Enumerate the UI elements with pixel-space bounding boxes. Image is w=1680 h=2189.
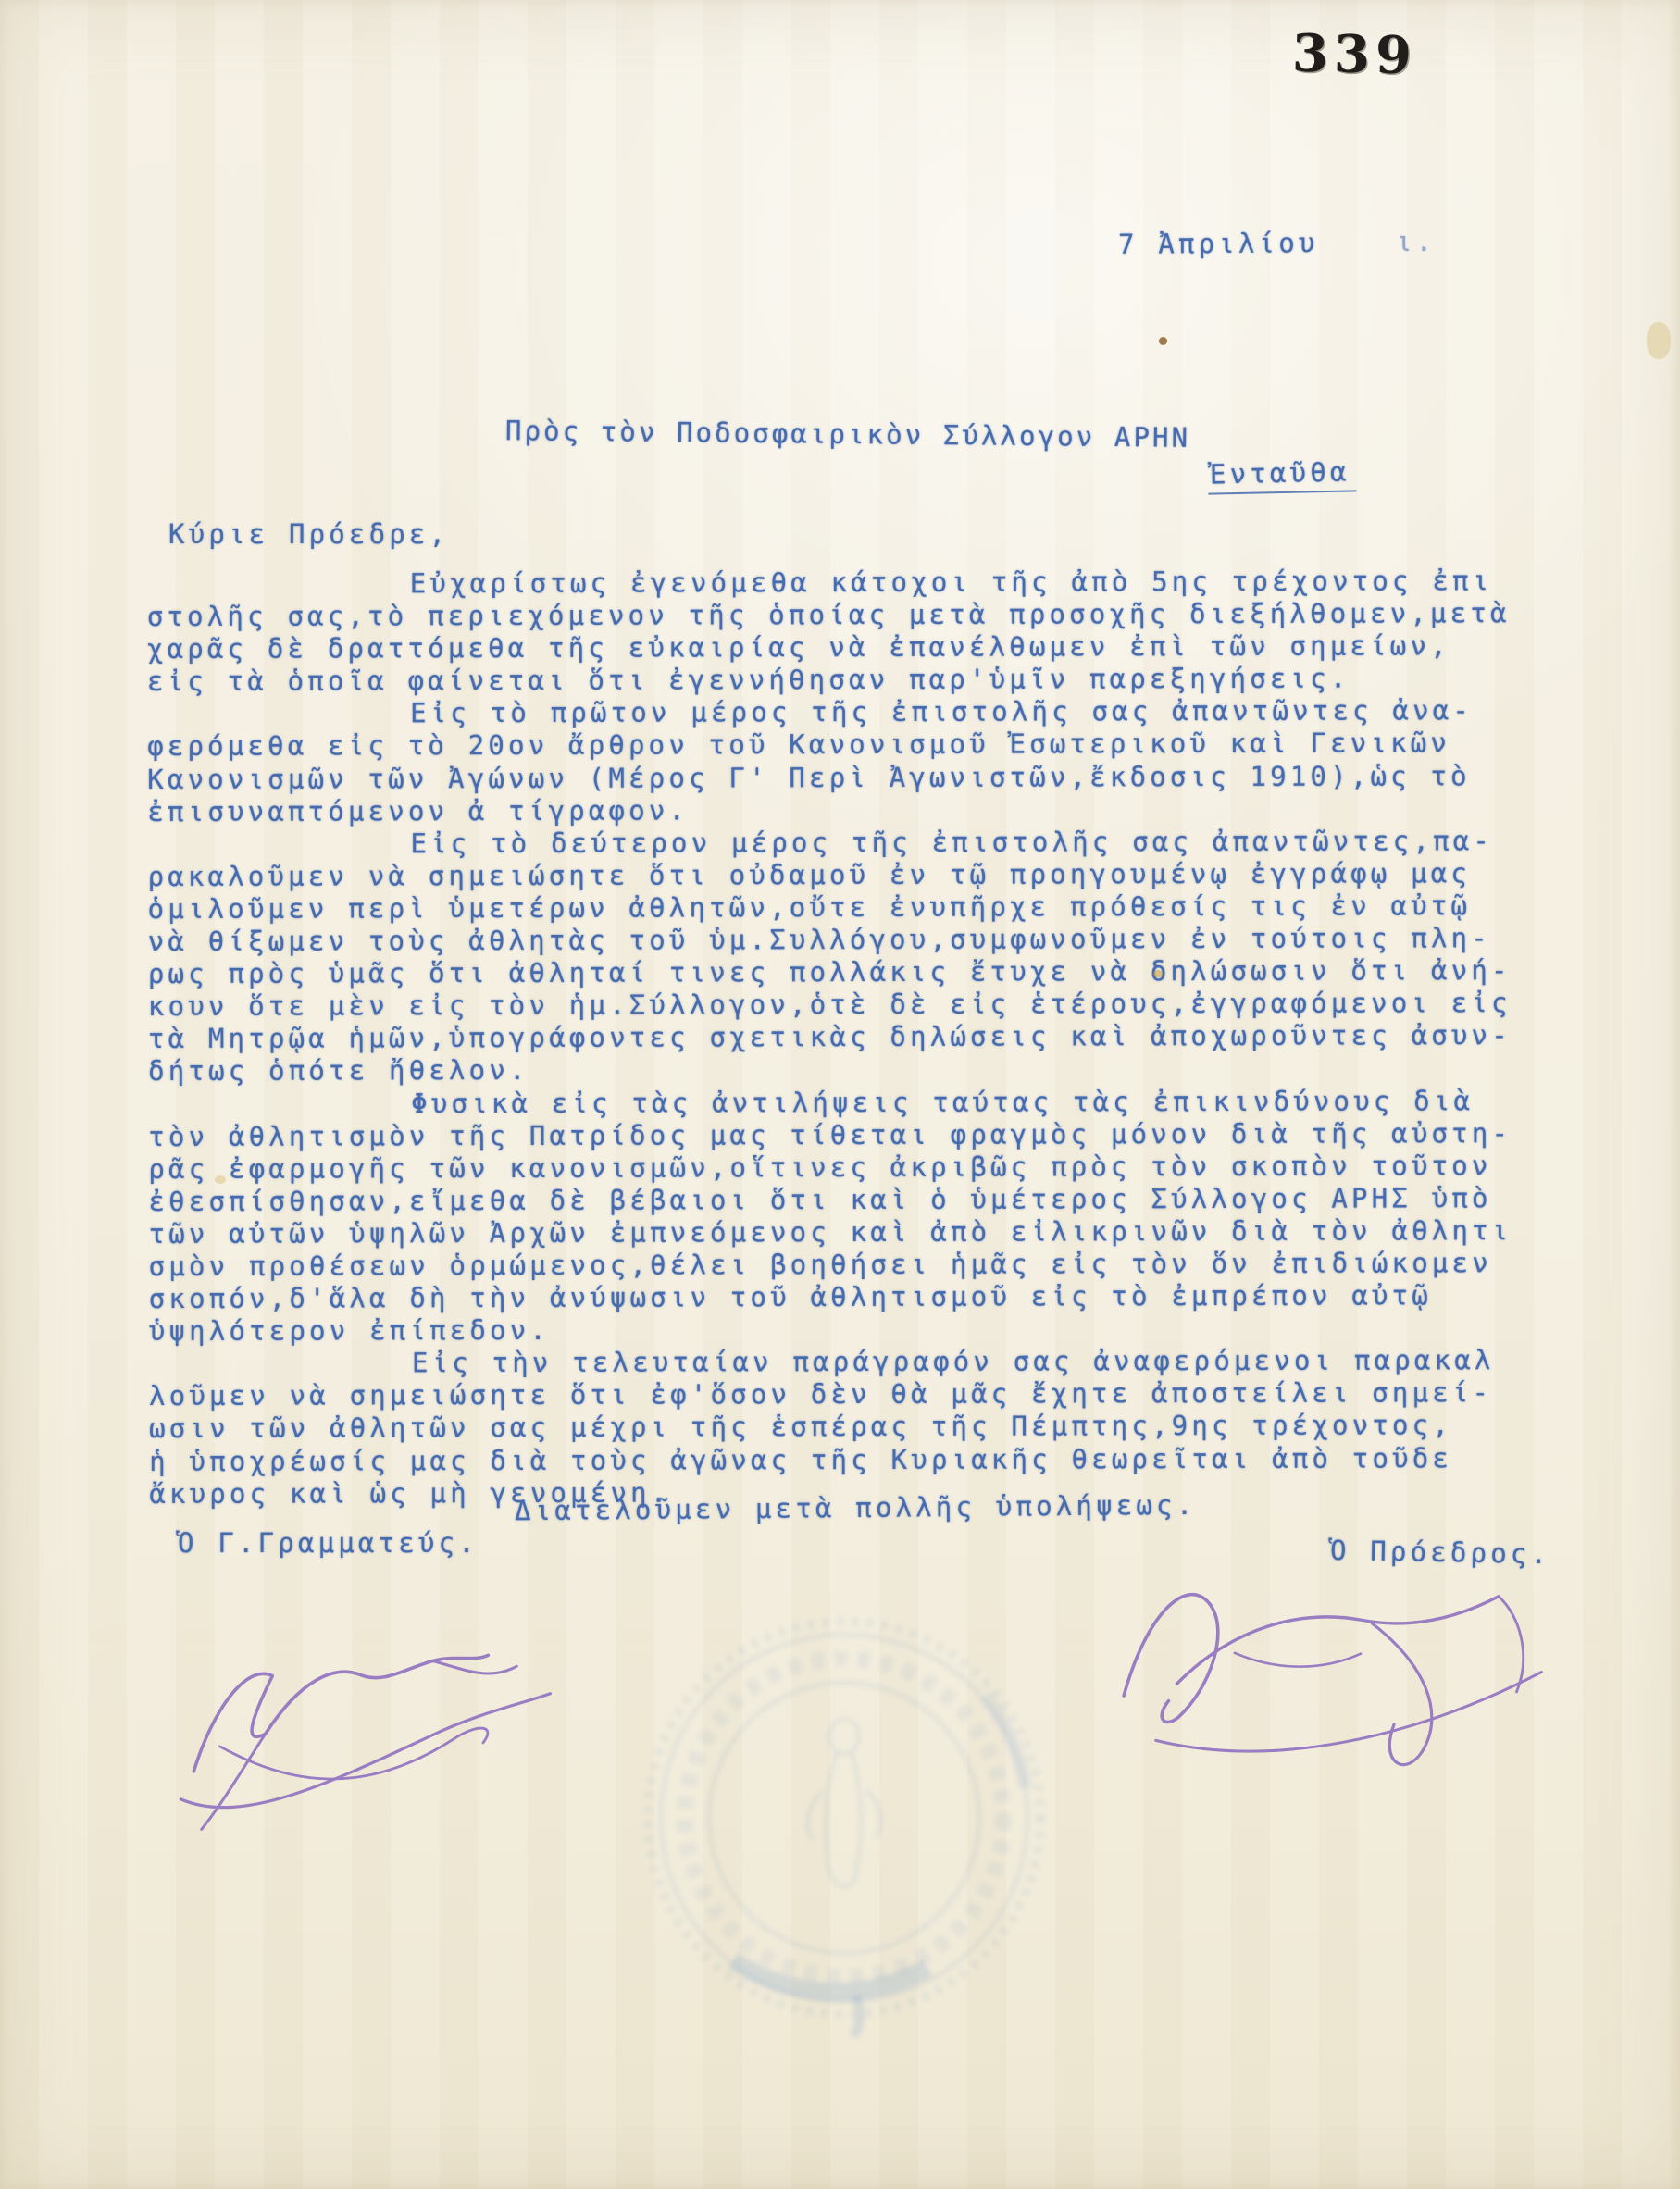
letter-body-line: χαρᾶς δὲ δραττόμεθα τῆς εὐκαιρίας νὰ ἐπα… bbox=[147, 629, 1582, 665]
paper-fleck bbox=[1159, 337, 1167, 345]
letter-body-line: ὁμιλοῦμεν περὶ ὑμετέρων ἀθλητῶν,οὔτε ἐνυ… bbox=[148, 889, 1583, 926]
letter-body-line: Εὐχαρίστως ἐγενόμεθα κάτοχοι τῆς ἀπὸ 5ης… bbox=[147, 565, 1582, 601]
secretary-title: Ὁ Γ.Γραμματεύς. bbox=[178, 1527, 479, 1559]
letter-body-line: ἐπισυναπτόμενον ἀ τίγραφον. bbox=[147, 792, 1582, 828]
letter-body-line: Εἰς τὴν τελευταίαν παράγραφόν σας ἀναφερ… bbox=[149, 1344, 1584, 1380]
president-signature bbox=[1090, 1524, 1585, 1818]
letter-body: Εὐχαρίστως ἐγενόμεθα κάτοχοι τῆς ἀπὸ 5ης… bbox=[147, 565, 1585, 1511]
letter-body-line: τῶν αὐτῶν ὑψηλῶν Ἀρχῶν ἐμπνεόμενος καὶ ἀ… bbox=[149, 1214, 1584, 1250]
letter-body-line: ωσιν τῶν ἀθλητῶν σας μέχρι τῆς ἑσπέρας τ… bbox=[149, 1409, 1584, 1445]
letter-body-line: λοῦμεν νὰ σημειώσητε ὅτι ἐφ'ὅσον δὲν θὰ … bbox=[149, 1376, 1584, 1412]
letter-date: 7 Ἀπριλίου bbox=[1118, 227, 1319, 260]
archive-page-number: 339 bbox=[1291, 23, 1417, 87]
scanned-letter-page: 339 7 Ἀπριλίου ι. Πρὸς τὸν Ποδοσφαιρικὸν… bbox=[0, 0, 1680, 2189]
paper-stain bbox=[1647, 322, 1671, 359]
letter-body-line: σμὸν προθέσεων ὁρμώμενος,θέλει βοηθήσει … bbox=[149, 1247, 1584, 1283]
letter-body-line: Εἰς τὸ δεύτερον μέρος τῆς ἐπιστολῆς σας … bbox=[147, 825, 1582, 861]
letter-body-line: στολῆς σας,τὸ περιεχόμενον τῆς ὁποίας με… bbox=[147, 597, 1582, 633]
paper-fleck bbox=[215, 1175, 226, 1184]
letter-body-line: ἐθεσπίσθησαν,εἴμεθα δὲ βέβαιοι ὅτι καὶ ὁ… bbox=[148, 1182, 1583, 1218]
letter-body-line: ρακαλοῦμεν νὰ σημειώσητε ὅτι οὐδαμοῦ ἐν … bbox=[147, 857, 1582, 893]
letter-body-line: ὑψηλότερον ἐπίπεδον. bbox=[149, 1312, 1584, 1348]
paper-fleck bbox=[1153, 970, 1163, 977]
secretary-signature bbox=[154, 1573, 595, 1842]
letter-body-line: κουν ὅτε μὲν εἰς τὸν ἡμ.Σύλλογον,ὁτὲ δὲ … bbox=[148, 987, 1583, 1023]
letter-salutation: Κύριε Πρόεδρε, bbox=[168, 518, 449, 550]
letter-body-line: Εἰς τὸ πρῶτον μέρος τῆς ἐπιστολῆς σας ἀπ… bbox=[147, 694, 1582, 730]
letter-recipient: Πρὸς τὸν Ποδοσφαιρικὸν Σύλλογον ΑΡΗΝ bbox=[505, 415, 1190, 454]
letter-body-line: δήτως ὁπότε ἤθελον. bbox=[148, 1051, 1583, 1088]
letter-body-line: ρᾶς ἐφαρμογῆς τῶν κανονισμῶν,οἵτινες ἀκρ… bbox=[148, 1150, 1583, 1186]
letter-place: Ἐνταῦθα bbox=[1208, 455, 1356, 494]
letter-body-line: Φυσικὰ εἰς τὰς ἀντιλήψεις ταύτας τὰς ἐπι… bbox=[148, 1084, 1583, 1120]
club-seal-stamp bbox=[622, 1607, 1072, 2042]
letter-body-line: ρως πρὸς ὑμᾶς ὅτι ἀθληταί τινες πολλάκις… bbox=[148, 954, 1583, 990]
letter-date-suffix: ι. bbox=[1396, 226, 1436, 257]
letter-closing: Διατελοῦμεν μετὰ πολλῆς ὑπολήψεως. bbox=[515, 1489, 1197, 1526]
letter-body-line: φερόμεθα εἰς τὸ 20ον ἄρθρον τοῦ Κανονισμ… bbox=[147, 727, 1582, 763]
letter-body-line: τὰ Μητρῷα ἡμῶν,ὑπογράφοντες σχετικὰς δηλ… bbox=[148, 1019, 1583, 1055]
letter-body-line: ἡ ὑποχρέωσίς μας διὰ τοὺς ἀγῶνας τῆς Κυρ… bbox=[149, 1442, 1584, 1478]
letter-body-line: σκοπόν,δ'ἅλα δὴ τὴν ἀνύψωσιν τοῦ ἀθλητισ… bbox=[149, 1279, 1584, 1315]
letter-body-line: νὰ θίξωμεν τοὺς ἀθλητὰς τοῦ ὑμ.Συλλόγου,… bbox=[148, 922, 1583, 958]
letter-body-line: τὸν ἀθλητισμὸν τῆς Πατρίδος μας τίθεται … bbox=[148, 1117, 1583, 1153]
letter-body-line: Κανονισμῶν τῶν Ἀγώνων (Μέρος Γ' Περὶ Ἀγω… bbox=[147, 760, 1582, 796]
letter-body-line: εἰς τὰ ὁποῖα φαίνεται ὅτι ἐγεννήθησαν πα… bbox=[147, 662, 1582, 698]
